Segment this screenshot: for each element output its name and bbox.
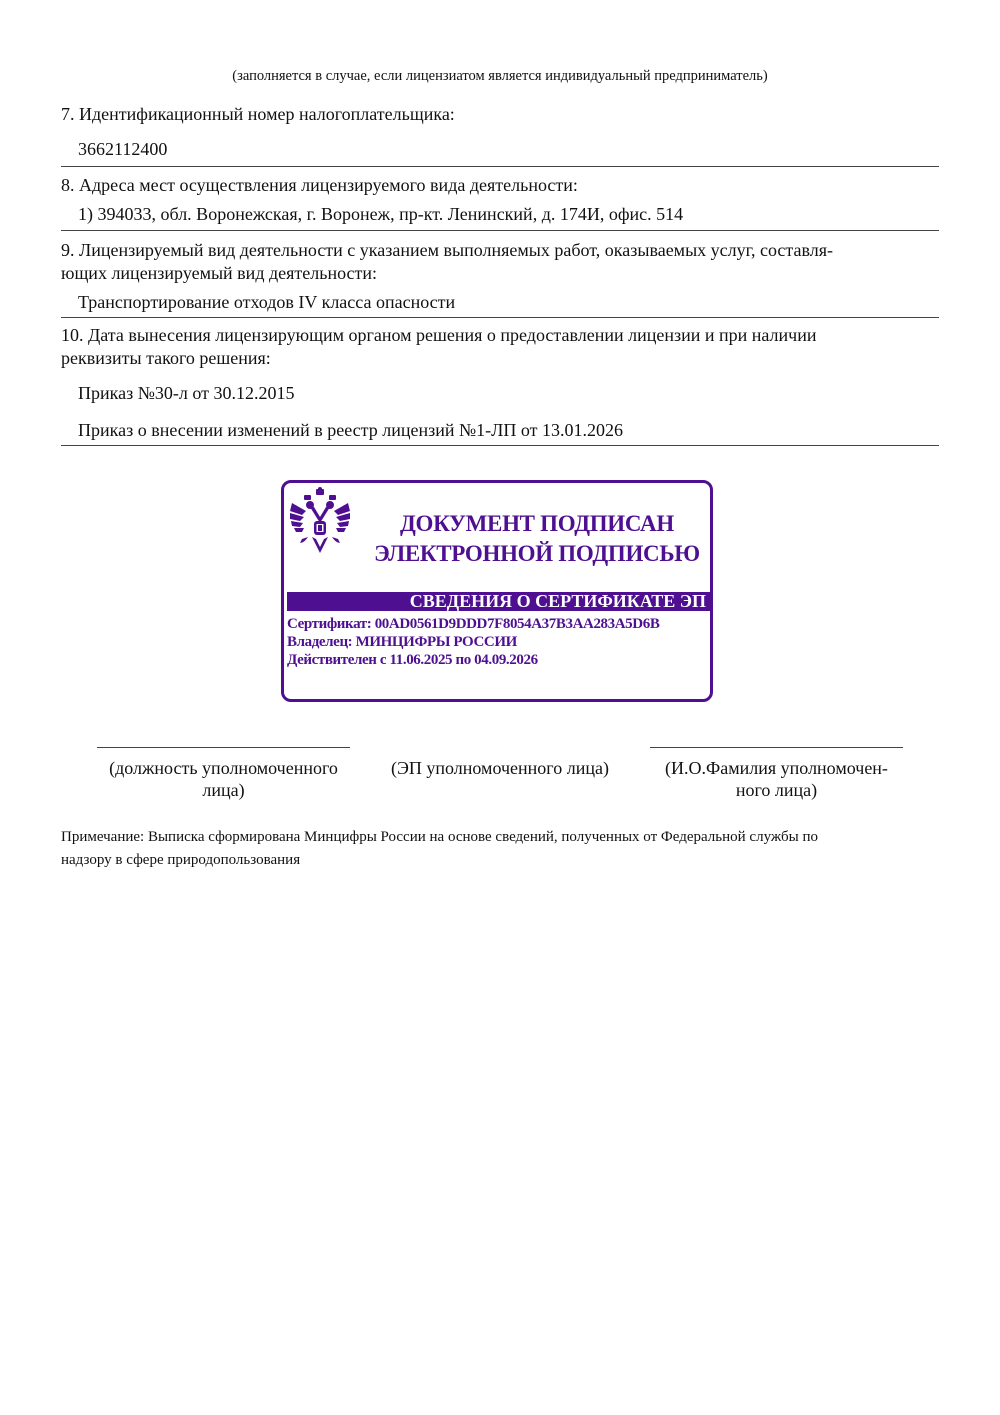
signature-label-line1: (ЭП уполномоченного лица) [365,757,635,779]
footnote-line2: надзору в сфере природопользования [61,849,939,872]
position-label: (должность уполномоченного лица) [87,757,360,801]
section-title-line2: ющих лицензируемый вид деятельности: [61,262,939,285]
name-signature-line [650,747,903,748]
e-signature-stamp: ДОКУМЕНТ ПОДПИСАН ЭЛЕКТРОННОЙ ПОДПИСЬЮ С… [281,480,713,702]
certificate-validity: Действителен с 11.06.2025 по 04.09.2026 [287,652,538,669]
position-label-line2: лица) [87,779,360,801]
decision-order: Приказ №30-л от 30.12.2015 [61,382,939,405]
section-addresses: 8. Адреса мест осуществления лицензируем… [61,174,939,226]
section-title-line1: 10. Дата вынесения лицензирующим органом… [61,324,939,347]
certificate-info-bar: СВЕДЕНИЯ О СЕРТИФИКАТЕ ЭП [287,592,710,611]
section-title: 8. Адреса мест осуществления лицензируем… [61,174,939,197]
stamp-title-line2: ЭЛЕКТРОННОЙ ПОДПИСЬЮ [364,539,710,569]
decision-amendment: Приказ о внесении изменений в реестр лиц… [61,419,939,442]
name-label-line2: ного лица) [640,779,913,801]
section-title: 7. Идентификационный номер налогоплатель… [61,103,939,126]
certificate-serial: Сертификат: 00AD0561D9DDD7F8054A37B3AA28… [287,616,659,633]
stamp-title-line1: ДОКУМЕНТ ПОДПИСАН [364,509,710,539]
activity-value: Транспортирование отходов IV класса опас… [61,291,939,314]
certificate-owner: Владелец: МИНЦИФРЫ РОССИИ [287,634,517,651]
section-title-line2: реквизиты такого решения: [61,347,939,370]
signature-label: (ЭП уполномоченного лица) [365,757,635,779]
section-activity: 9. Лицензируемый вид деятельности с указ… [61,239,939,314]
divider [61,230,939,231]
footnote-line1: Примечание: Выписка сформирована Минцифр… [61,826,939,849]
position-label-line1: (должность уполномоченного [87,757,360,779]
section-decision: 10. Дата вынесения лицензирующим органом… [61,324,939,442]
divider [61,445,939,446]
ip-caption: (заполняется в случае, если лицензиатом … [0,68,1000,85]
name-label: (И.О.Фамилия уполномочен- ного лица) [640,757,913,801]
stamp-title: ДОКУМЕНТ ПОДПИСАН ЭЛЕКТРОННОЙ ПОДПИСЬЮ [364,509,710,569]
inn-value: 3662112400 [61,138,939,161]
divider [61,166,939,167]
divider [61,317,939,318]
section-title-line1: 9. Лицензируемый вид деятельности с указ… [61,239,939,262]
name-label-line1: (И.О.Фамилия уполномочен- [640,757,913,779]
footnote: Примечание: Выписка сформирована Минцифр… [61,826,939,872]
double-headed-eagle-icon [288,487,352,557]
position-signature-line [97,747,350,748]
section-inn: 7. Идентификационный номер налогоплатель… [61,103,939,161]
address-value: 1) 394033, обл. Воронежская, г. Воронеж,… [61,203,939,226]
